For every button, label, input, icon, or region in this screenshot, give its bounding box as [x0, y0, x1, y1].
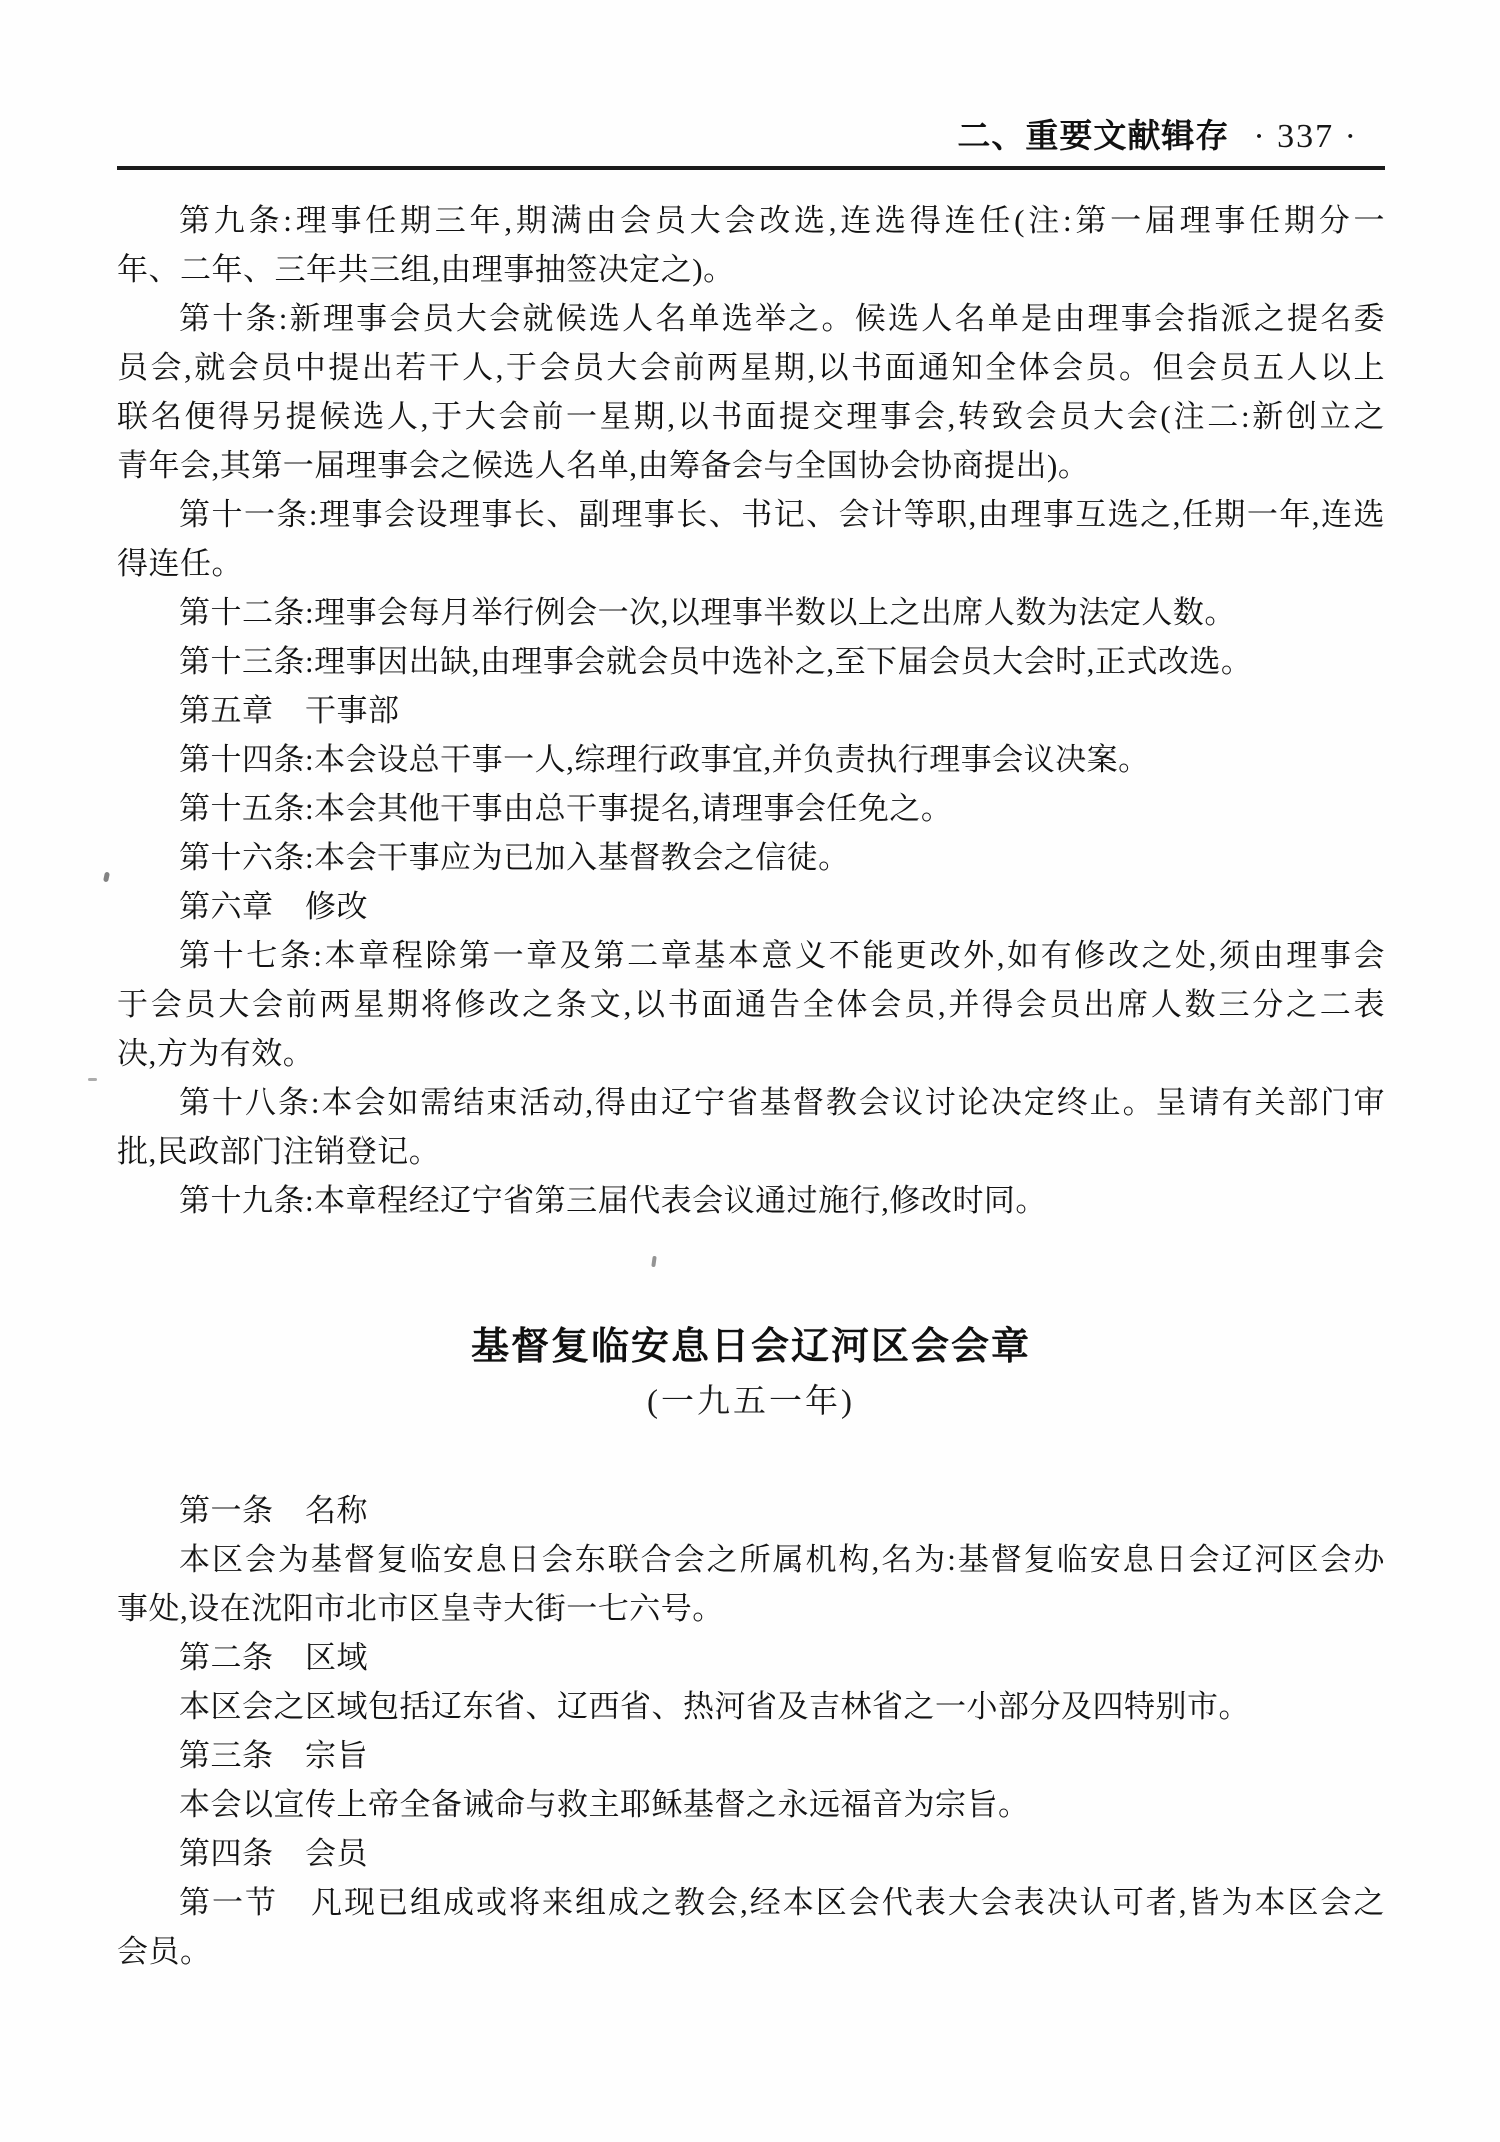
text-line: 本区会之区域包括辽东省、辽西省、热河省及吉林省之一小部分及四特别市。	[117, 1682, 1385, 1731]
text-line: 青年会,其第一届理事会之候选人名单,由筹备会与全国协会协商提出)。	[117, 441, 1385, 490]
header-rule	[117, 166, 1385, 170]
text-line: 员会,就会员中提出若干人,于会员大会前两星期,以书面通知全体会员。但会员五人以上	[117, 343, 1385, 392]
charter-body: 第一条 名称 本区会为基督复临安息日会东联合会之所属机构,名为:基督复临安息日会…	[117, 1486, 1385, 1976]
text-line: 第十三条:理事因出缺,由理事会就会员中选补之,至下届会员大会时,正式改选。	[117, 637, 1385, 686]
text-line: 第十二条:理事会每月举行例会一次,以理事半数以上之出席人数为法定人数。	[117, 588, 1385, 637]
text-line: 第十七条:本章程除第一章及第二章基本意义不能更改外,如有修改之处,须由理事会	[117, 931, 1385, 980]
scanned-book-page: 二、重要文献辑存· 337 · 第九条:理事任期三年,期满由会员大会改选,连选得…	[0, 0, 1500, 2142]
text-line: 第十四条:本会设总干事一人,综理行政事宜,并负责执行理事会议决案。	[117, 735, 1385, 784]
text-line: 第九条:理事任期三年,期满由会员大会改选,连选得连任(注:第一届理事任期分一	[117, 196, 1385, 245]
text-line: 第十五条:本会其他干事由总干事提名,请理事会任免之。	[117, 784, 1385, 833]
text-line: 本会以宣传上帝全备诫命与救主耶稣基督之永远福音为宗旨。	[117, 1780, 1385, 1829]
chapter-heading: 第六章 修改	[117, 882, 1385, 931]
text-line: 批,民政部门注销登记。	[117, 1127, 1385, 1176]
document-year: (一九五一年)	[117, 1380, 1385, 1424]
page-number: · 337 ·	[1253, 118, 1358, 155]
article-heading: 第三条 宗旨	[117, 1731, 1385, 1780]
text-line: 会员。	[117, 1927, 1385, 1976]
section-title: 二、重要文献辑存	[957, 117, 1229, 154]
article-heading: 第四条 会员	[117, 1829, 1385, 1878]
text-line: 第十九条:本章程经辽宁省第三届代表会议通过施行,修改时同。	[117, 1176, 1385, 1225]
charter-continuation-body: 第九条:理事任期三年,期满由会员大会改选,连选得连任(注:第一届理事任期分一 年…	[117, 196, 1385, 1225]
text-line: 决,方为有效。	[117, 1029, 1385, 1078]
page-header: 二、重要文献辑存· 337 ·	[117, 112, 1385, 160]
article-heading: 第二条 区域	[117, 1633, 1385, 1682]
article-heading: 第一条 名称	[117, 1486, 1385, 1535]
text-line: 第十条:新理事会员大会就候选人名单选举之。候选人名单是由理事会指派之提名委	[117, 294, 1385, 343]
text-line: 第十八条:本会如需结束活动,得由辽宁省基督教会议讨论决定终止。呈请有关部门审	[117, 1078, 1385, 1127]
text-line: 第十六条:本会干事应为已加入基督教会之信徒。	[117, 833, 1385, 882]
chapter-heading: 第五章 干事部	[117, 686, 1385, 735]
text-line: 得连任。	[117, 539, 1385, 588]
text-line: 事处,设在沈阳市北市区皇寺大街一七六号。	[117, 1584, 1385, 1633]
scan-speck	[651, 1256, 656, 1267]
text-line: 本区会为基督复临安息日会东联合会之所属机构,名为:基督复临安息日会辽河区会办	[117, 1535, 1385, 1584]
text-line: 年、二年、三年共三组,由理事抽签决定之)。	[117, 245, 1385, 294]
scan-speck	[88, 1078, 97, 1081]
text-line: 第一节 凡现已组成或将来组成之教会,经本区会代表大会表决认可者,皆为本区会之	[117, 1878, 1385, 1927]
text-line: 于会员大会前两星期将修改之条文,以书面通告全体会员,并得会员出席人数三分之二表	[117, 980, 1385, 1029]
text-line: 第十一条:理事会设理事长、副理事长、书记、会计等职,由理事互选之,任期一年,连选	[117, 490, 1385, 539]
document-title: 基督复临安息日会辽河区会会章	[117, 1322, 1385, 1372]
text-line: 联名便得另提候选人,于大会前一星期,以书面提交理事会,转致会员大会(注二:新创立…	[117, 392, 1385, 441]
scan-speck	[103, 872, 110, 883]
